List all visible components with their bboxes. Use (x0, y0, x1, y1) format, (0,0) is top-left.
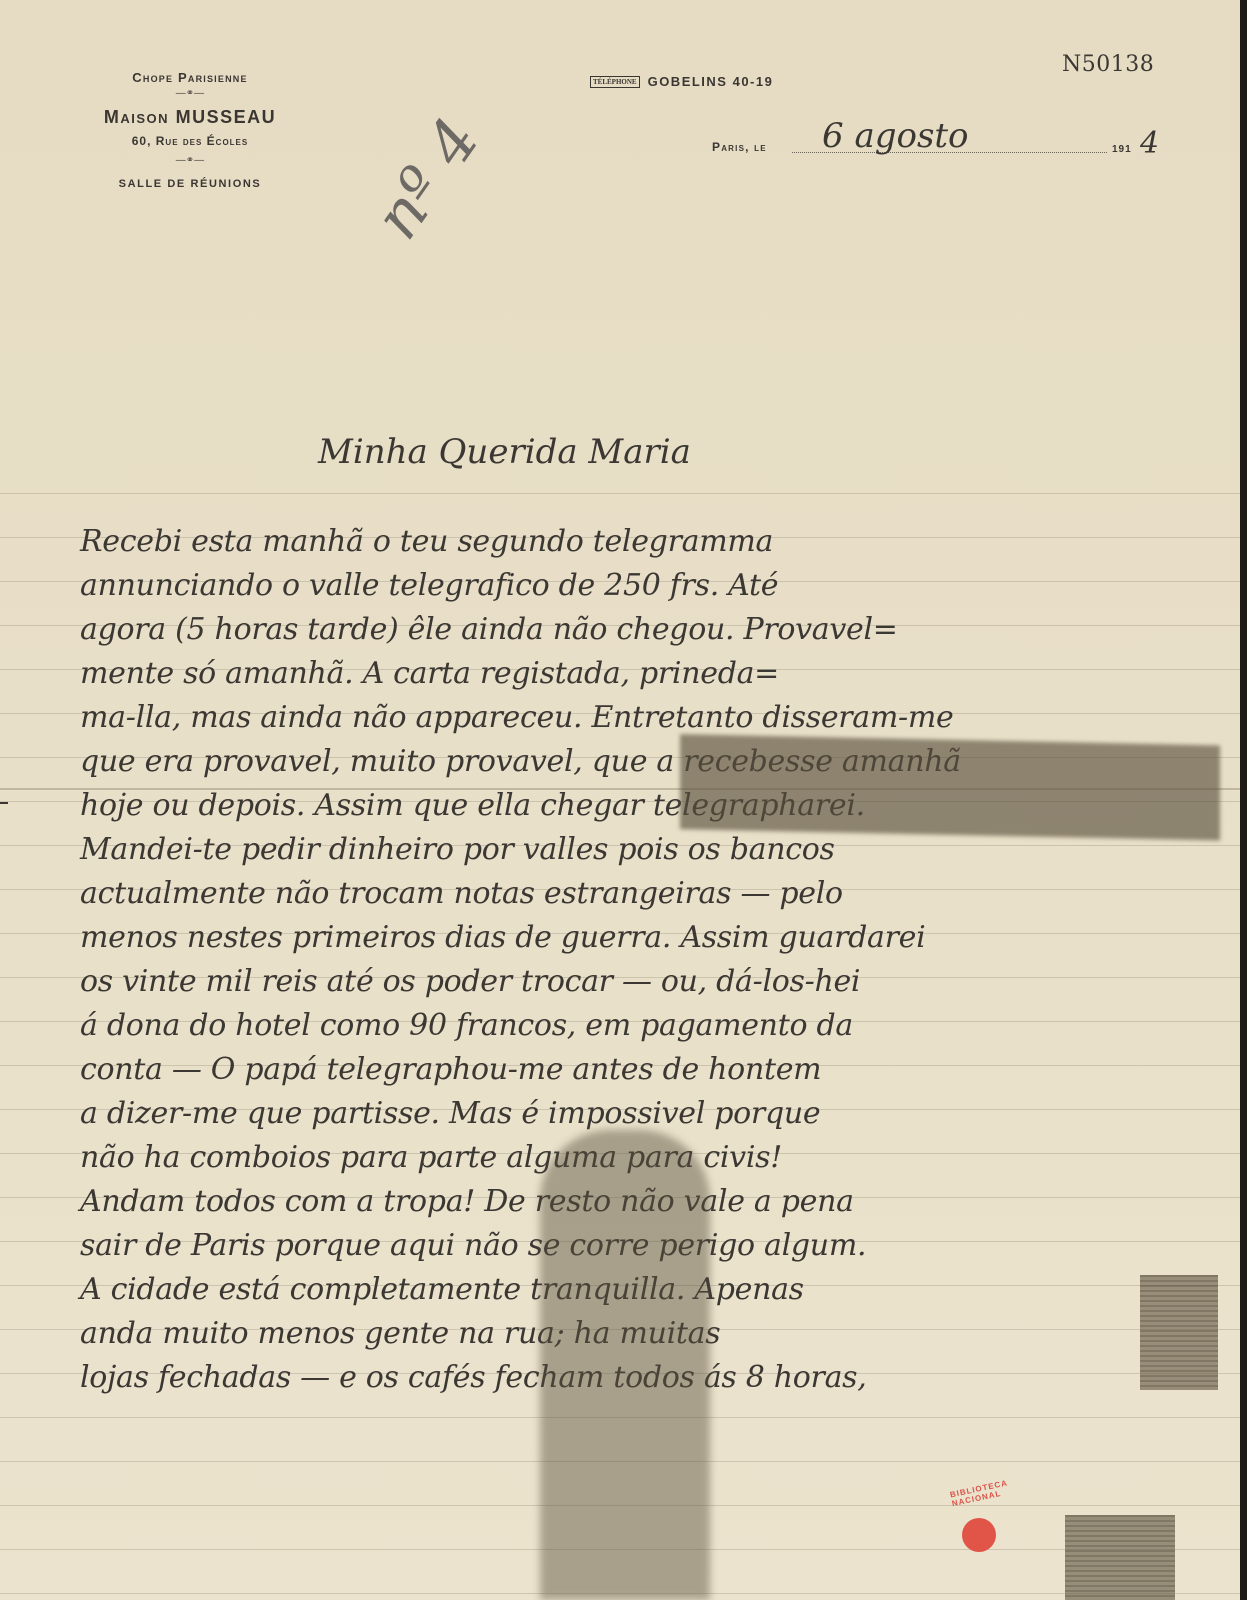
establishment-name: Chope Parisienne (70, 70, 310, 85)
archive-number: N50138 (1062, 52, 1154, 77)
repair-tape (1065, 1515, 1175, 1600)
body-line: mente só amanhã. A carta registada, prin… (80, 652, 1060, 696)
salutation: Minha Querida Maria (318, 432, 691, 472)
scan-edge (1240, 0, 1247, 1600)
body-line: menos nestes primeiros dias de guerra. A… (80, 916, 1060, 960)
date-handwritten: 6 agosto (822, 116, 969, 156)
letter-page: Chope Parisienne —⚭— Maison MUSSEAU 60, … (0, 0, 1240, 1600)
telephone-line: TÉLÉPHONE GOBELINS 40-19 (590, 74, 773, 89)
maison-title: MUSSEAU (176, 107, 277, 127)
telephone-icon: TÉLÉPHONE (590, 76, 640, 88)
year-handwritten: 4 (1140, 126, 1159, 161)
repair-tape (1140, 1275, 1218, 1390)
repair-tape (540, 1130, 710, 1600)
ornament-icon: —⚭— (70, 156, 310, 166)
body-line: á dona do hotel como 90 francos, em paga… (80, 1004, 1060, 1048)
body-line: ma-lla, mas ainda não appareceu. Entreta… (80, 696, 1060, 740)
margin-mark (0, 802, 8, 804)
body-line: Recebi esta manhã o teu segundo telegram… (80, 520, 1060, 564)
body-line: actualmente não trocam notas estrangeira… (80, 872, 1060, 916)
margin-note: nº 4 (360, 105, 493, 252)
address: 60, Rue des Écoles (70, 134, 310, 148)
repair-tape (680, 734, 1220, 840)
body-line: agora (5 horas tarde) êle ainda não cheg… (80, 608, 1060, 652)
maison-name: Maison MUSSEAU (70, 107, 310, 128)
stamp-seal-icon (962, 1518, 996, 1552)
body-line: annunciando o valle telegrafico de 250 f… (80, 564, 1060, 608)
library-stamp: BIBLIOTECA NACIONAL (950, 1480, 1050, 1570)
body-line: conta — O papá telegraphou-me antes de h… (80, 1048, 1060, 1092)
body-line: Mandei-te pedir dinheiro por valles pois… (80, 828, 1060, 872)
year-prefix: 191 (1112, 144, 1132, 155)
room-label: SALLE DE RÉUNIONS (70, 178, 310, 190)
maison-prefix: Maison (104, 107, 169, 127)
body-line: a dizer-me que partisse. Mas é impossive… (80, 1092, 1060, 1136)
letterhead-left: Chope Parisienne —⚭— Maison MUSSEAU 60, … (70, 70, 310, 190)
ornament-icon: —⚭— (70, 89, 310, 99)
phone-number: GOBELINS 40-19 (648, 74, 774, 89)
date-label: Paris, le (712, 140, 767, 154)
date-line: Paris, le 6 agosto 191 4 (712, 130, 1172, 170)
body-line: os vinte mil reis até os poder trocar — … (80, 960, 1060, 1004)
